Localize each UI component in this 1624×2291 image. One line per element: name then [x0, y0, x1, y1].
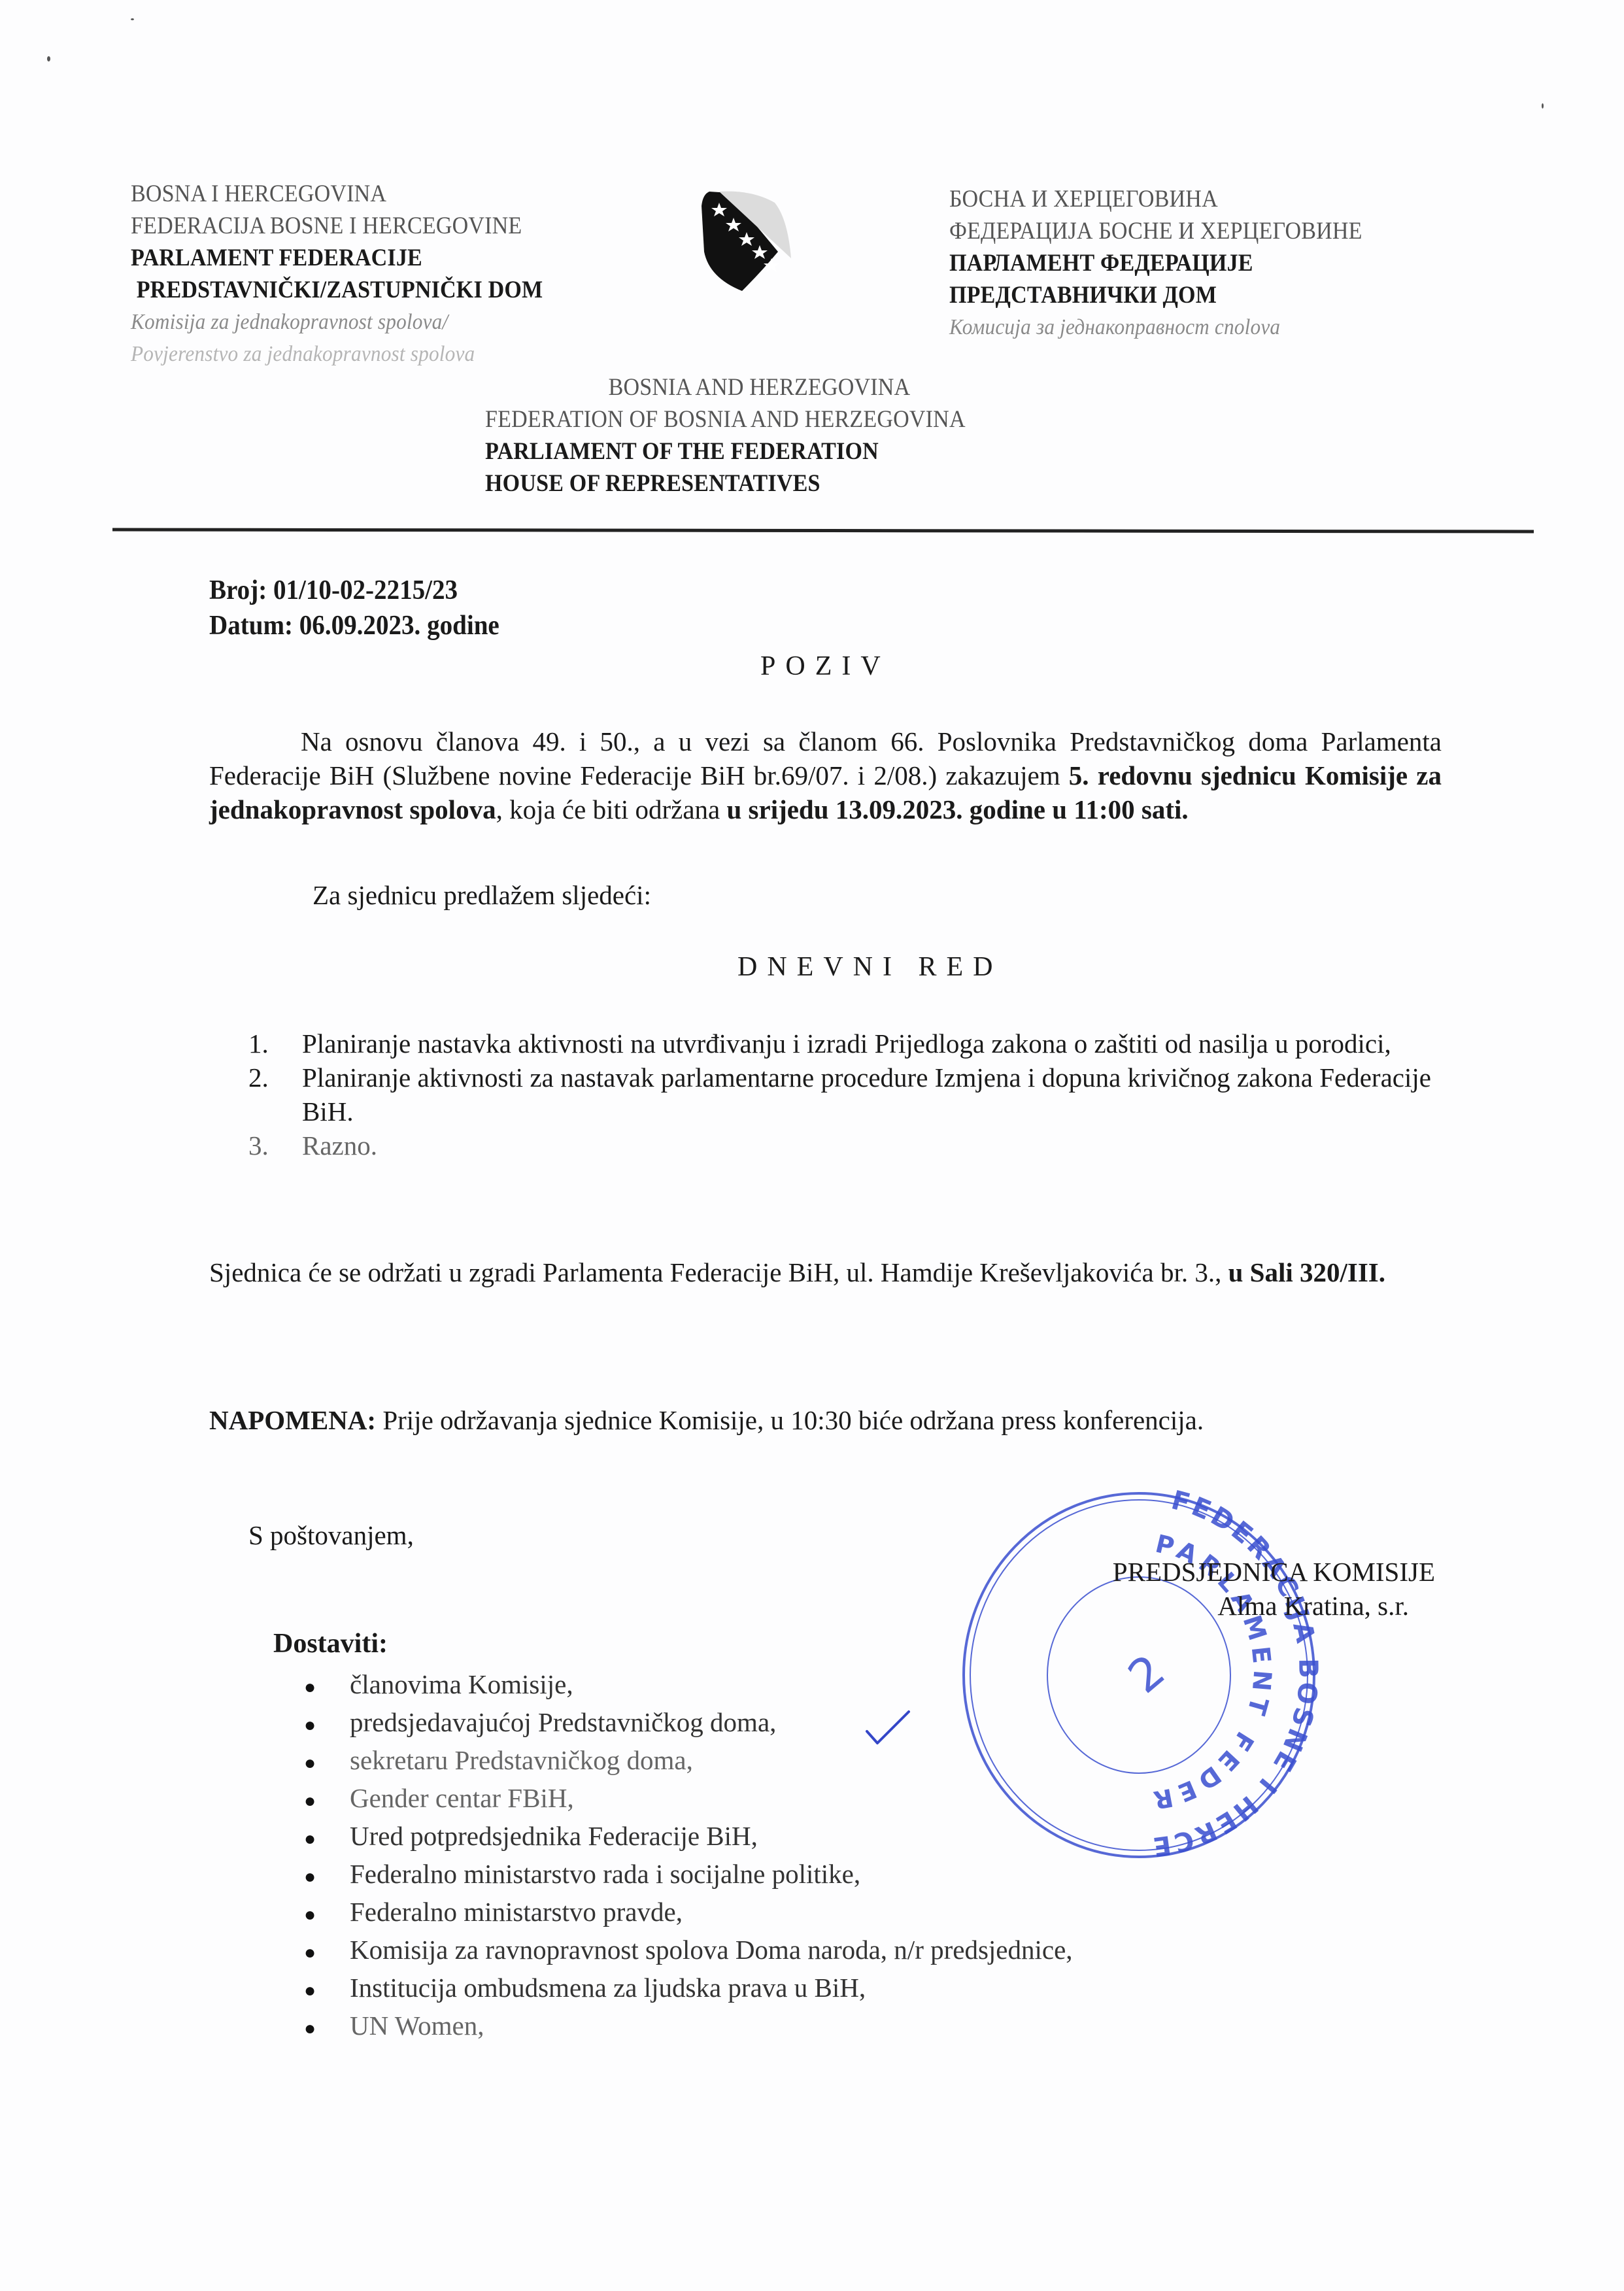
intro-paragraph: Na osnovu članova 49. i 50., a u vezi sa… [209, 724, 1442, 826]
agenda-item-number: 3. [248, 1129, 302, 1162]
scan-speck [47, 56, 50, 61]
svg-text:2: 2 [1118, 1644, 1175, 1703]
list-item: ●članovima Komisije, [304, 1669, 1073, 1706]
agenda-item-text: Planiranje nastavka aktivnosti na utvrđi… [302, 1027, 1391, 1061]
bullet-icon: ● [304, 1980, 350, 2002]
checkmark-icon [864, 1709, 911, 1746]
recipient: Komisija za ravnopravnost spolova Doma n… [350, 1934, 1073, 1965]
recipient: Federalno ministarstvo rada i socijalne … [350, 1858, 860, 1890]
location-paragraph: Sjednica će se održati u zgradi Parlamen… [209, 1255, 1386, 1289]
agenda-item: 3. Razno. [248, 1129, 1458, 1162]
header-left-committee: Komisija za jednakopravnost spolova/ [131, 306, 543, 338]
header-divider [112, 528, 1534, 533]
reference-date: Datum: 06.09.2023. godine [209, 608, 499, 643]
scan-speck [1542, 103, 1544, 109]
document-title: POZIV [760, 651, 890, 682]
list-item: ●Institucija ombudsmena za ljudska prava… [304, 1972, 1073, 2010]
reference-number: Broj: 01/10-02-2215/23 [209, 573, 499, 608]
bullet-icon: ● [304, 1942, 350, 1964]
bullet-icon: ● [304, 1752, 350, 1774]
header-left-line: PREDSTAVNIČKI/ZASTUPNIČKI DOM [131, 274, 543, 306]
note-label: NAPOMENA: [209, 1405, 376, 1435]
agenda-item: 1. Planiranje nastavka aktivnosti na utv… [248, 1027, 1458, 1061]
location-room: u Sali 320/III. [1228, 1257, 1385, 1287]
bullet-icon: ● [304, 1790, 350, 1812]
distribution-list: ●članovima Komisije, ●predsjedavajućoj P… [304, 1669, 1073, 2048]
list-item: ●sekretaru Predstavničkog doma, [304, 1744, 1073, 1782]
header-left-line: BOSNA I HERCEGOVINA [131, 178, 543, 210]
note-text: Prije održavanja sjednice Komisije, u 10… [376, 1405, 1204, 1435]
intro-text-2: , koja će biti održana [496, 794, 727, 824]
bullet-icon: ● [304, 1714, 350, 1737]
agenda-proposal-line: Za sjednicu predlažem sljedeći: [313, 878, 651, 912]
list-item: ●Ured potpredsjednika Federacije BiH, [304, 1820, 1073, 1858]
note-paragraph: NAPOMENA: Prije održavanja sjednice Komi… [209, 1403, 1204, 1437]
recipient: Ured potpredsjednika Federacije BiH, [350, 1820, 758, 1852]
header-left-line: FEDERACIJA BOSNE I HERCEGOVINE [131, 210, 543, 242]
header-right-line: ПРЕДСТАВНИЧКИ ДОМ [949, 279, 1362, 311]
header-right-line: ФЕДЕРАЦИЈА БОСНЕ И ХЕРЦЕГОВИНЕ [949, 215, 1362, 247]
agenda-title: DNEVNI RED [737, 951, 1002, 983]
coat-of-arms-icon [690, 180, 804, 297]
header-en-line: BOSNIA AND HERZEGOVINA [485, 371, 966, 403]
bullet-icon: ● [304, 1828, 350, 1850]
signature-block: PREDSJEDNICA KOMISIJE Alma Kratina, s.r. [1046, 1555, 1435, 1623]
document-reference: Broj: 01/10-02-2215/23 Datum: 06.09.2023… [209, 573, 499, 643]
header-right-committee: Комисија за једнакоправност спolova [949, 311, 1362, 343]
header-en-line: HOUSE OF REPRESENTATIVES [485, 467, 966, 500]
recipient: sekretaru Predstavničkog doma, [350, 1744, 693, 1776]
intro-datetime: u srijedu 13.09.2023. godine u 11:00 sat… [726, 794, 1188, 824]
header-english: BOSNIA AND HERZEGOVINA FEDERATION OF BOS… [485, 371, 966, 500]
header-right-line: БОСНА И ХЕРЦЕГОВИНА [949, 183, 1362, 215]
closing-salutation: S poštovanjem, [248, 1518, 414, 1552]
bullet-icon: ● [304, 1904, 350, 1926]
signature-title: PREDSJEDNICA KOMISIJE [1046, 1555, 1435, 1589]
signature-name: Alma Kratina, s.r. [1046, 1589, 1435, 1623]
recipient: UN Women, [350, 2010, 484, 2041]
header-en-line: FEDERATION OF BOSNIA AND HERZEGOVINA [485, 403, 966, 435]
header-left-committee-alt: Povjerenstvo za jednakopravnost spolova [131, 338, 543, 370]
recipient: Institucija ombudsmena za ljudska prava … [350, 1972, 866, 2003]
bullet-icon: ● [304, 1866, 350, 1888]
list-item: ●UN Women, [304, 2010, 1073, 2048]
list-item: ●Federalno ministarstvo rada i socijalne… [304, 1858, 1073, 1896]
recipient: Federalno ministarstvo pravde, [350, 1896, 683, 1927]
location-text: Sjednica će se održati u zgradi Parlamen… [209, 1257, 1228, 1287]
list-item: ●Komisija za ravnopravnost spolova Doma … [304, 1934, 1073, 1972]
agenda-item-number: 1. [248, 1027, 302, 1061]
header-left-line: PARLAMENT FEDERACIJE [131, 242, 543, 274]
scan-speck [131, 18, 134, 20]
list-item: ●predsjedavajućoj Predstavničkog doma, [304, 1706, 1073, 1744]
list-item: ●Gender centar FBiH, [304, 1782, 1073, 1820]
agenda-item-number: 2. [248, 1061, 302, 1129]
header-en-line: PARLIAMENT OF THE FEDERATION [485, 435, 966, 467]
recipient: predsjedavajućoj Predstavničkog doma, [350, 1706, 776, 1738]
recipient: članovima Komisije, [350, 1669, 573, 1700]
recipient: Gender centar FBiH, [350, 1782, 574, 1814]
bullet-icon: ● [304, 2018, 350, 2040]
header-right-line: ПАРЛАМЕНТ ФЕДЕРАЦИЈЕ [949, 247, 1362, 279]
agenda-item-text: Razno. [302, 1129, 377, 1162]
list-item: ●Federalno ministarstvo pravde, [304, 1896, 1073, 1934]
header-left-latin: BOSNA I HERCEGOVINA FEDERACIJA BOSNE I H… [131, 178, 543, 370]
agenda-item-text: Planiranje aktivnosti za nastavak parlam… [302, 1061, 1458, 1129]
header-right-cyrillic: БОСНА И ХЕРЦЕГОВИНА ФЕДЕРАЦИЈА БОСНЕ И Х… [949, 183, 1362, 343]
agenda-list: 1. Planiranje nastavka aktivnosti na utv… [248, 1027, 1458, 1162]
bullet-icon: ● [304, 1676, 350, 1699]
distribution-title: Dostaviti: [273, 1628, 388, 1659]
agenda-item: 2. Planiranje aktivnosti za nastavak par… [248, 1061, 1458, 1129]
